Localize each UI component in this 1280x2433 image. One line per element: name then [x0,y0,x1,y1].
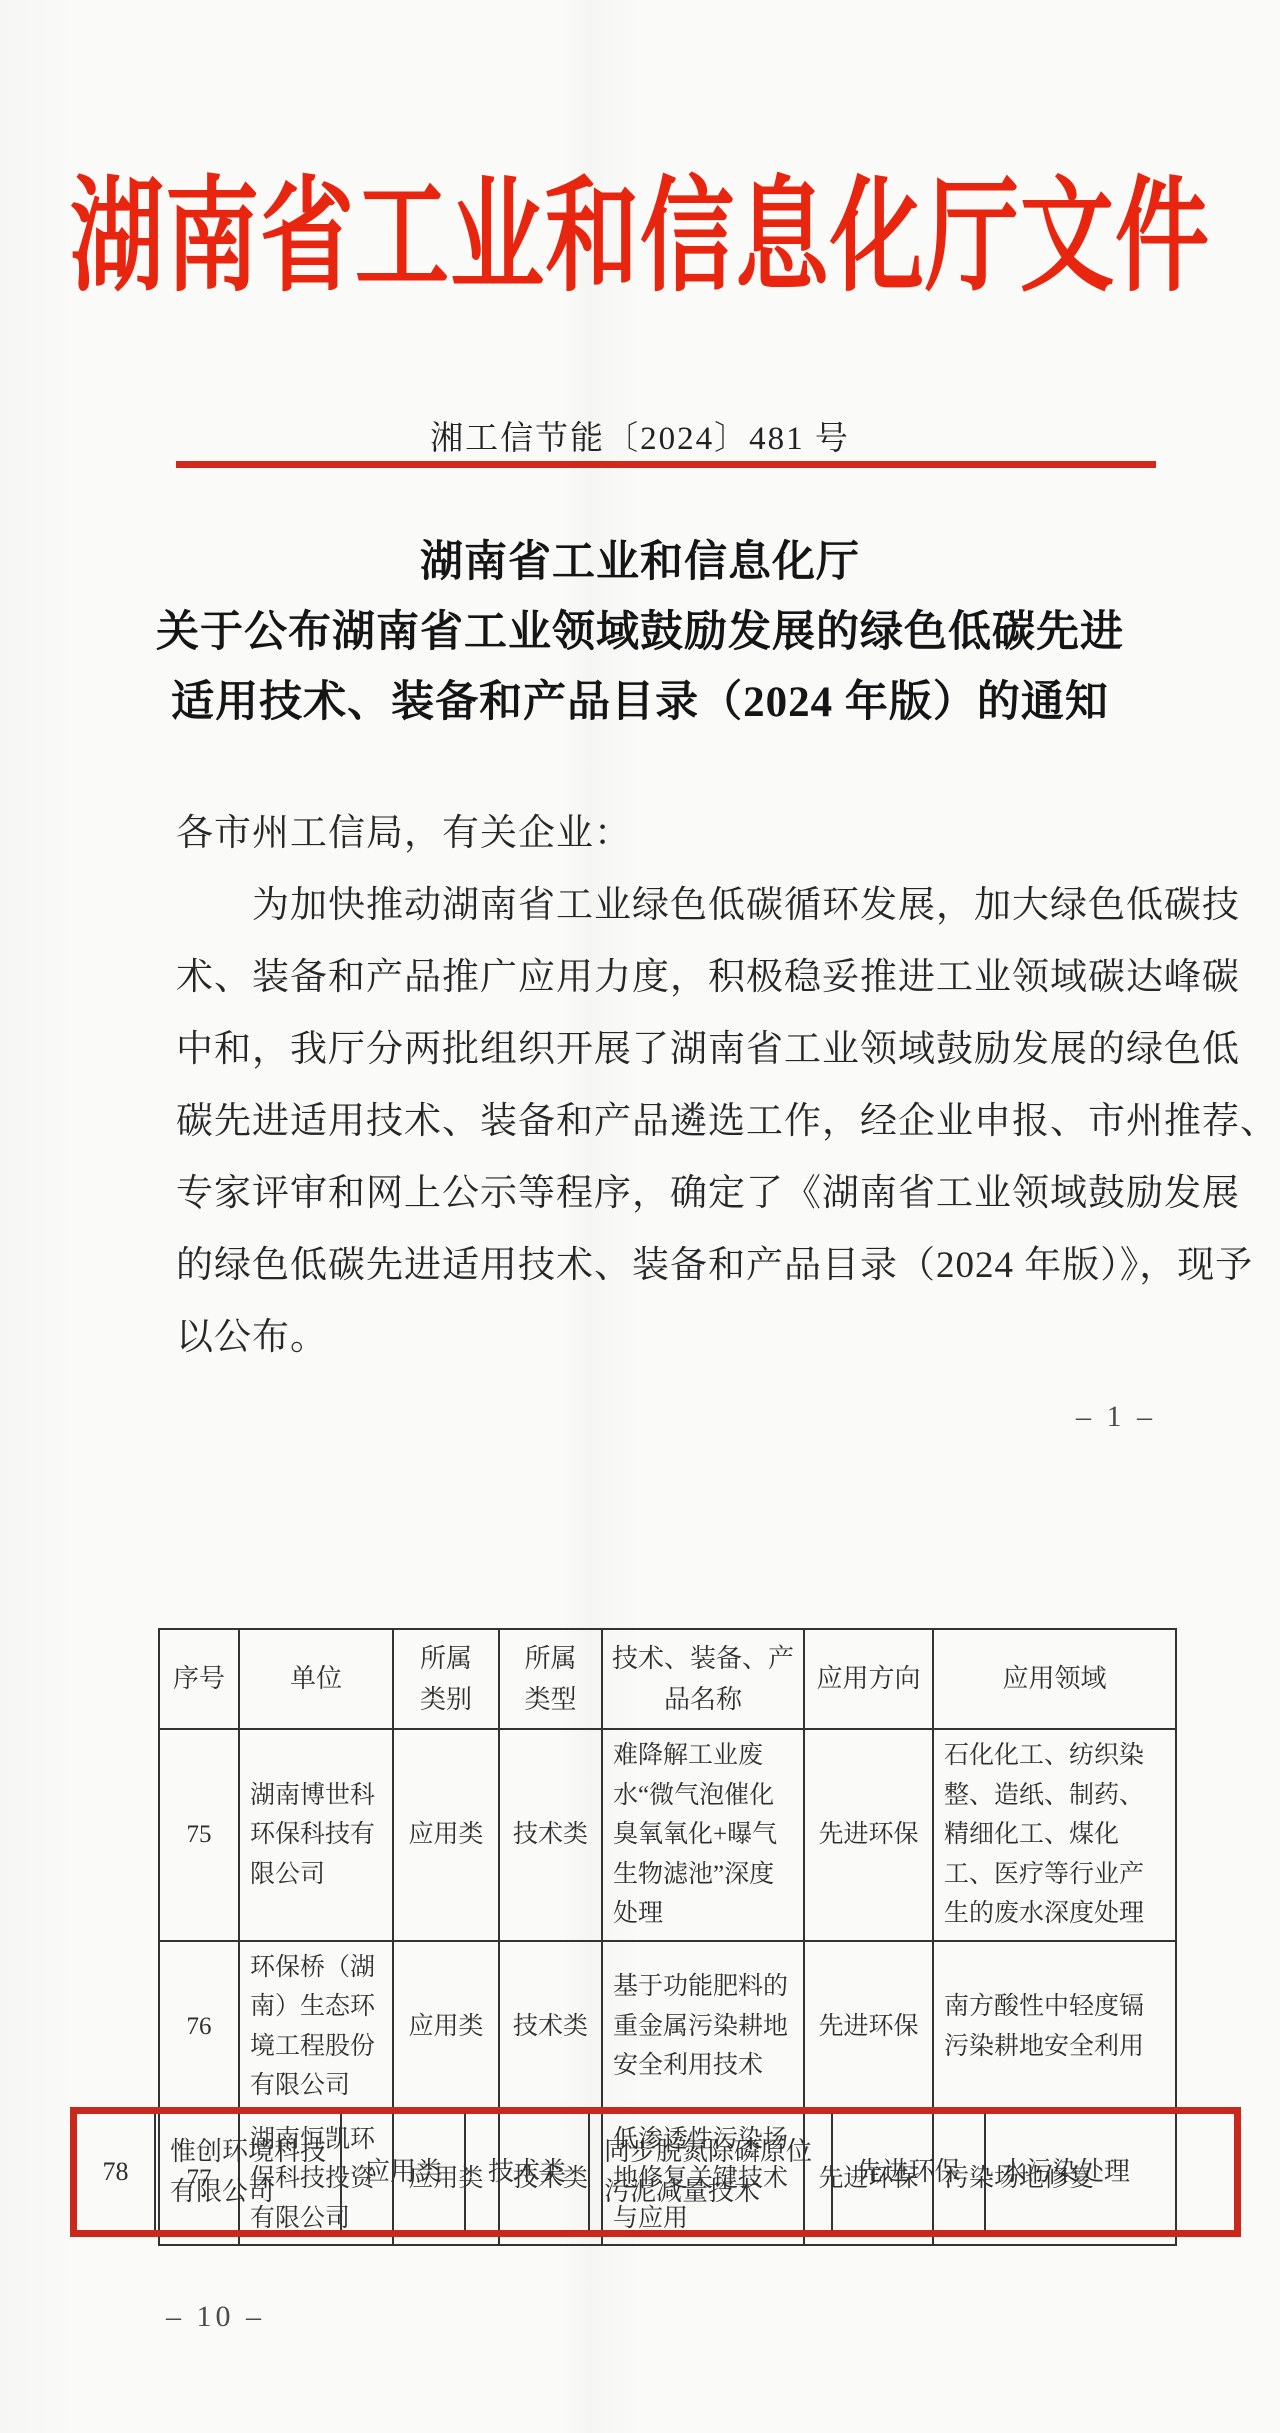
header-type: 所属 类型 [499,1629,602,1729]
row78-direction: 先进环保 [833,2114,986,2230]
table-row: 76 环保桥（湖南）生态环境工程股份有限公司 应用类 技术类 基于功能肥料的重金… [159,1941,1176,2113]
header-direction: 应用方向 [804,1629,933,1729]
row75-field: 石化化工、纺织染整、造纸、制药、精细化工、煤化工、医疗等行业产生的废水深度处理 [933,1729,1176,1941]
row75-unit: 湖南博世科环保科技有限公司 [239,1729,393,1941]
red-divider-rule [176,461,1156,468]
row75-type: 技术类 [499,1729,602,1941]
header-name: 技术、装备、产 品名称 [602,1629,804,1729]
notice-title-line-2: 关于公布湖南省工业领域鼓励发展的绿色低碳先进 [0,598,1280,668]
row75-category: 应用类 [393,1729,499,1941]
row78-name: 同步脱氮除磷原位污泥减量技术 [590,2114,833,2230]
row78-type: 技术类 [466,2114,590,2230]
row78-unit: 惟创环境科技有限公司 [156,2114,342,2230]
body-line-7: 以公布。 [176,1302,1136,1374]
row76-category: 应用类 [393,1941,499,2113]
notice-body: 各市州工信局，有关企业： 为加快推动湖南省工业绿色低碳循环发展，加大绿色低碳技 … [176,798,1136,1374]
header-field: 应用领域 [933,1629,1176,1729]
document-number: 湘工信节能〔2024〕481 号 [0,412,1280,459]
body-line-5: 专家评审和网上公示等程序，确定了《湖南省工业领域鼓励发展 [176,1158,1136,1230]
body-line-4: 碳先进适用技术、装备和产品遴选工作，经企业申报、市州推荐、 [176,1086,1136,1158]
scanned-document-page: 湖南省工业和信息化厅文件 湘工信节能〔2024〕481 号 湖南省工业和信息化厅… [0,0,1280,2433]
notice-title: 湖南省工业和信息化厅 关于公布湖南省工业领域鼓励发展的绿色低碳先进 适用技术、装… [0,528,1280,738]
row75-name: 难降解工业废水“微气泡催化臭氧氧化+曝气生物滤池”深度处理 [602,1729,804,1941]
notice-title-line-1: 湖南省工业和信息化厅 [0,528,1280,598]
header-category: 所属 类别 [393,1629,499,1729]
table-row: 75 湖南博世科环保科技有限公司 应用类 技术类 难降解工业废水“微气泡催化臭氧… [159,1729,1176,1941]
page-number-10: – 10 – [166,2300,265,2334]
body-line-6: 的绿色低碳先进适用技术、装备和产品目录（2024 年版）》，现予 [176,1230,1136,1302]
header-seq: 序号 [159,1629,239,1729]
notice-title-line-3: 适用技术、装备和产品目录（2024 年版）的通知 [0,668,1280,738]
table-header-row: 序号 单位 所属 类别 所属 类型 技术、装备、产 品名称 应用方向 应用领域 [159,1629,1176,1729]
body-line-3: 中和，我厅分两批组织开展了湖南省工业领域鼓励发展的绿色低 [176,1014,1136,1086]
document-masthead-title: 湖南省工业和信息化厅文件 [0,136,1280,314]
salutation-line: 各市州工信局，有关企业： [176,798,1136,870]
row76-type: 技术类 [499,1941,602,2113]
header-unit: 单位 [239,1629,393,1729]
row75-seq: 75 [159,1729,239,1941]
row76-seq: 76 [159,1941,239,2113]
row75-direction: 先进环保 [804,1729,933,1941]
row76-unit: 环保桥（湖南）生态环境工程股份有限公司 [239,1941,393,2113]
page-number-1: – 1 – [176,1400,1156,1434]
body-line-2: 术、装备和产品推广应用力度，积极稳妥推进工业领域碳达峰碳 [176,942,1136,1014]
row78-seq: 78 [77,2114,156,2230]
row76-name: 基于功能肥料的重金属污染耕地安全利用技术 [602,1941,804,2113]
row76-field: 南方酸性中轻度镉污染耕地安全利用 [933,1941,1176,2113]
row78-field: 水污染处理 [986,2114,1234,2230]
row76-direction: 先进环保 [804,1941,933,2113]
highlighted-row-78: 78 惟创环境科技有限公司 应用类 技术类 同步脱氮除磷原位污泥减量技术 先进环… [70,2107,1241,2237]
body-line-1: 为加快推动湖南省工业绿色低碳循环发展，加大绿色低碳技 [176,870,1136,942]
row78-category: 应用类 [342,2114,466,2230]
